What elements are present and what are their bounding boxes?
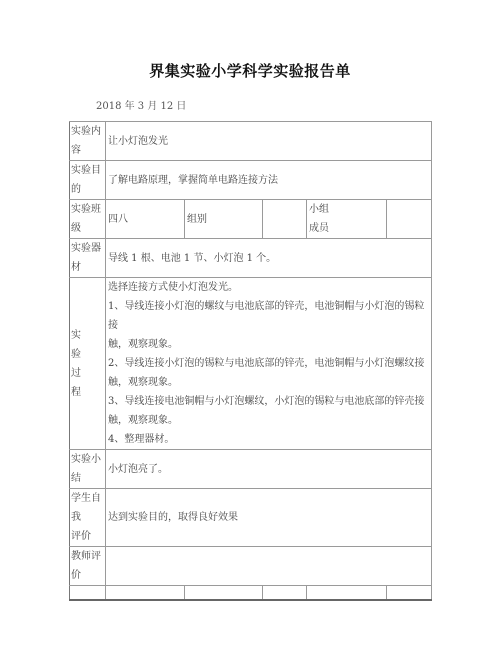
empty-cell [263, 586, 307, 600]
summary-label: 实验小结 [70, 450, 106, 489]
members-label: 小组 成员 [307, 200, 387, 239]
row-process: 实 验 过 程 选择连接方式使小灯泡发光。 1、导线连接小灯泡的螺纹与电池底部的… [70, 278, 432, 450]
empty-cell [106, 586, 185, 600]
group-value [263, 200, 307, 239]
group-label: 组别 [185, 200, 263, 239]
process-line: 2、导线连接小灯泡的锡粒与电池底部的锌壳，电池铜帽与小灯泡螺纹接 [108, 354, 429, 373]
process-line: 3、导线连接电池铜帽与小灯泡螺纹，小灯泡的锡粒与电池底部的锌壳接 [108, 392, 429, 411]
process-line: 1、导线连接小灯泡的螺纹与电池底部的锌壳，电池铜帽与小灯泡的锡粒接 [108, 297, 429, 335]
summary-value: 小灯泡亮了。 [106, 450, 432, 489]
members-label-line1: 小组 [309, 200, 384, 219]
class-value: 四八 [106, 200, 185, 239]
row-purpose: 实验目的 了解电路原理，掌握简单电路连接方法 [70, 161, 432, 200]
process-line: 触，观察现象。 [108, 411, 429, 430]
teacher-eval-label: 教师评价 [70, 547, 106, 586]
row-self-eval: 学生自 我 评价 达到实验目的，取得良好效果 [70, 489, 432, 547]
content-label: 实验内容 [70, 122, 106, 161]
process-line: 选择连接方式使小灯泡发光。 [108, 278, 429, 297]
report-date: 2018 年 3 月 12 日 [96, 97, 186, 112]
report-table: 实验内容 让小灯泡发光 实验目的 了解电路原理，掌握简单电路连接方法 实验班级 … [69, 121, 432, 601]
process-line: 触，观察现象。 [108, 335, 429, 354]
row-summary: 实验小结 小灯泡亮了。 [70, 450, 432, 489]
members-label-line2: 成员 [309, 219, 384, 238]
self-eval-label-line: 我 [71, 508, 103, 527]
process-label-char: 过 [71, 364, 103, 383]
empty-cell [387, 586, 432, 600]
row-materials: 实验器材 导线 1 根、电池 1 节、小灯泡 1 个。 [70, 239, 432, 278]
process-value: 选择连接方式使小灯泡发光。 1、导线连接小灯泡的螺纹与电池底部的锌壳，电池铜帽与… [106, 278, 432, 450]
class-label: 实验班级 [70, 200, 106, 239]
empty-cell [185, 586, 263, 600]
members-value [387, 200, 432, 239]
process-line: 触，观察现象。 [108, 373, 429, 392]
process-label-char: 验 [71, 345, 103, 364]
self-eval-label-line: 评价 [71, 527, 103, 546]
row-teacher-eval: 教师评价 [70, 547, 432, 586]
self-eval-label: 学生自 我 评价 [70, 489, 106, 547]
content-value: 让小灯泡发光 [106, 122, 432, 161]
process-label: 实 验 过 程 [70, 278, 106, 450]
self-eval-value: 达到实验目的，取得良好效果 [106, 489, 432, 547]
row-content: 实验内容 让小灯泡发光 [70, 122, 432, 161]
page-title: 界集实验小学科学实验报告单 [0, 60, 500, 81]
purpose-value: 了解电路原理，掌握简单电路连接方法 [106, 161, 432, 200]
row-empty-footer [70, 586, 432, 600]
process-line: 4、整理器材。 [108, 430, 429, 449]
process-label-char: 实 [71, 326, 103, 345]
purpose-label: 实验目的 [70, 161, 106, 200]
row-class: 实验班级 四八 组别 小组 成员 [70, 200, 432, 239]
empty-cell [70, 586, 106, 600]
self-eval-label-line: 学生自 [71, 489, 103, 508]
materials-value: 导线 1 根、电池 1 节、小灯泡 1 个。 [106, 239, 432, 278]
teacher-eval-value [106, 547, 432, 586]
empty-cell [307, 586, 387, 600]
process-label-char: 程 [71, 383, 103, 402]
materials-label: 实验器材 [70, 239, 106, 278]
